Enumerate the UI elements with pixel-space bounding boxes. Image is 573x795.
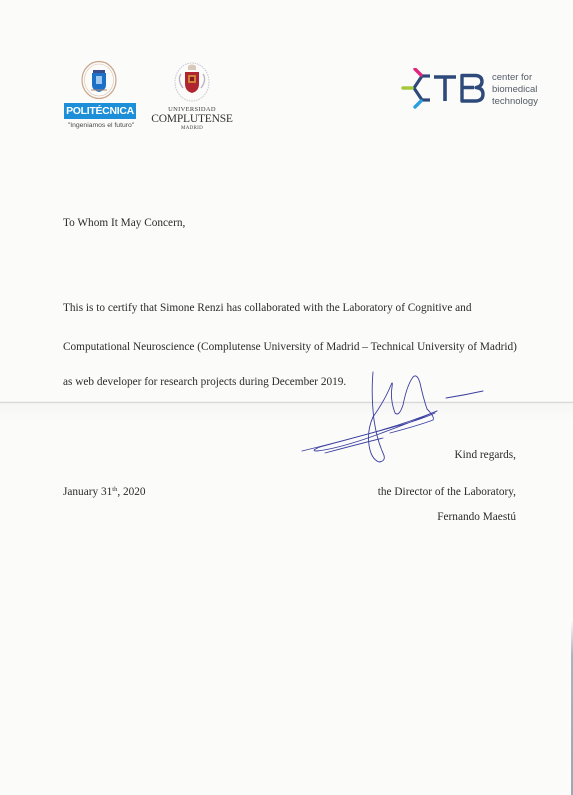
ctb-tagline: center for biomedical technology	[492, 72, 538, 108]
ctb-logo: center for biomedical technology	[400, 68, 550, 113]
upm-crest-icon	[80, 60, 118, 100]
ucm-line-universidad: UNIVERSIDAD	[150, 106, 234, 113]
letter-date: January 31th, 2020	[63, 486, 146, 498]
signatory-title: the Director of the Laboratory,	[378, 486, 516, 498]
upm-name: POLITÉCNICA	[64, 103, 136, 119]
letter-page: POLITÉCNICA "Ingeniamos el futuro" UNIVE…	[0, 0, 573, 795]
ucm-crest-icon	[171, 60, 213, 104]
body-line-1: This is to certify that Simone Renzi has…	[63, 302, 471, 314]
date-month-day: January 31	[63, 486, 112, 498]
ctb-mark-icon	[400, 68, 490, 113]
upm-motto: "Ingeniamos el futuro"	[62, 122, 140, 129]
salutation: To Whom It May Concern,	[63, 217, 185, 229]
date-year: , 2020	[117, 486, 145, 498]
ctb-line1: center for	[492, 72, 538, 84]
ctb-line3: technology	[492, 96, 538, 108]
ucm-line-complutense: COMPLUTENSE	[150, 113, 234, 125]
signatory-name: Fernando Maestú	[437, 511, 516, 523]
closing: Kind regards,	[455, 449, 517, 461]
body-line-2: Computational Neuroscience (Complutense …	[63, 341, 517, 353]
ctb-line2: biomedical	[492, 84, 538, 96]
ucm-line-madrid: MADRID	[150, 126, 234, 131]
